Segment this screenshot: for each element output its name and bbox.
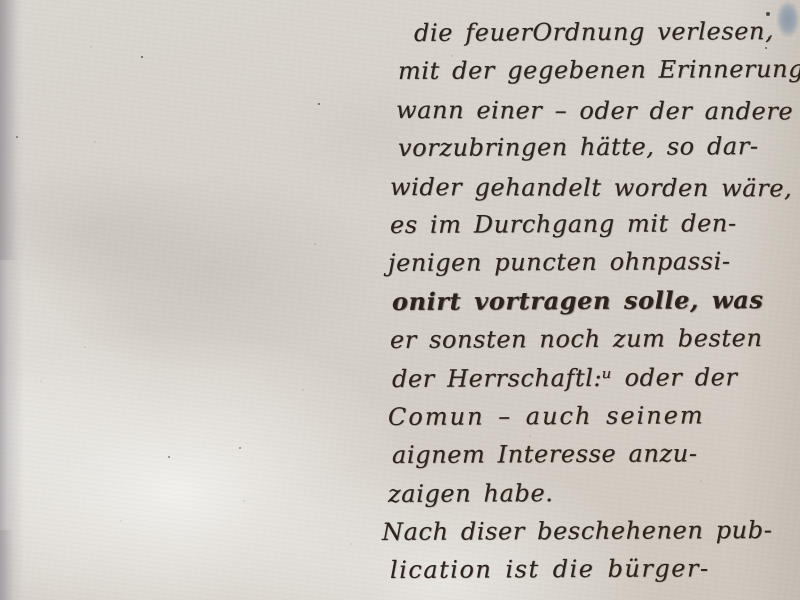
page-edge-shadow <box>0 0 26 600</box>
manuscript-page: die feuerOrdnung verlesen, mit der gegeb… <box>0 0 800 600</box>
handwritten-line-8: onirt vortragen solle, was <box>392 281 800 322</box>
handwritten-line-12: aignem Interesse anzu- <box>392 434 800 475</box>
handwritten-line-4: vorzubringen hätte, so dar- <box>398 127 800 167</box>
handwritten-line-7: jenigen puncten ohnpassi- <box>388 242 800 283</box>
handwritten-line-14: Nach diser beschehenen pub- <box>382 511 800 552</box>
handwritten-line-3: wann einer – oder der andere <box>396 91 800 131</box>
handwritten-line-5: wider gehandelt worden wäre, <box>390 168 800 208</box>
paper-specks <box>0 0 2 2</box>
handwritten-line-13: zaigen habe. <box>388 473 800 514</box>
handwritten-line-10: der Herrschaftl:ᵘ oder der <box>392 357 800 398</box>
handwritten-line-9: er sonsten noch zum besten <box>390 319 800 360</box>
handwritten-line-15: lication ist die bürger- <box>390 549 800 590</box>
handwritten-line-2: mit der gegebenen Erinnerung, <box>398 50 800 90</box>
handwritten-line-1: die feuerOrdnung verlesen, <box>414 12 800 52</box>
handwritten-line-11: Comun – auch seinem <box>388 396 800 437</box>
handwritten-text-block: die feuerOrdnung verlesen, mit der gegeb… <box>388 14 800 590</box>
handwritten-line-6: es im Durchgang mit den- <box>390 204 800 245</box>
